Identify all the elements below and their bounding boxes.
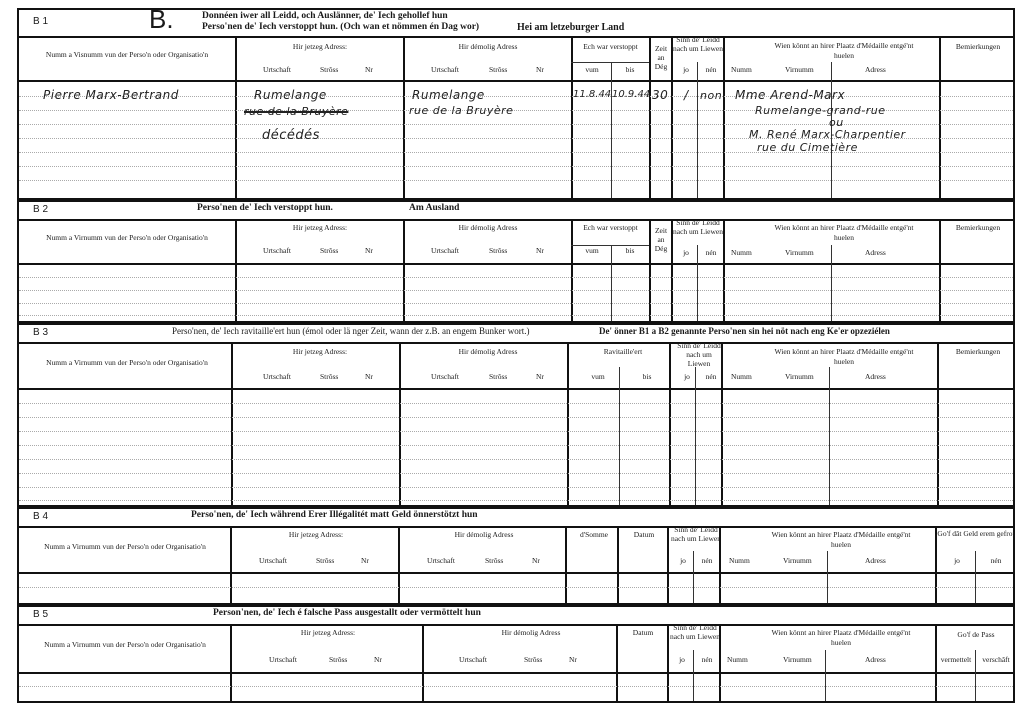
entry-days: 30 <box>652 88 668 102</box>
row-rule <box>19 403 1013 404</box>
col-no: nén <box>699 372 723 381</box>
col-number: Nr <box>569 655 577 664</box>
column-divider <box>230 624 232 701</box>
col-locality: Urtschaft <box>427 556 455 565</box>
col-no: nén <box>977 556 1015 565</box>
column-divider <box>231 342 233 505</box>
column-divider <box>571 219 573 321</box>
entry-current-note: décédés <box>262 128 320 143</box>
col-to: bis <box>623 372 671 381</box>
col-locality: Urtschaft <box>263 65 291 74</box>
col-surname: Numm <box>731 248 752 257</box>
section-id: B 4 <box>33 511 48 522</box>
entry-current-locality: Rumelange <box>254 88 327 102</box>
column-divider <box>235 36 237 198</box>
col-number: Nr <box>532 556 540 565</box>
row-rule <box>19 152 1013 153</box>
col-former-address: Hir démolig Adress <box>425 628 637 637</box>
column-divider <box>611 62 612 198</box>
col-surname: Numm <box>727 655 748 664</box>
col-supplied: Ravitaille'ert <box>573 347 673 356</box>
col-date: Datum <box>620 530 668 539</box>
section-title-extra: De' önner B1 a B2 genannte Perso'nen sin… <box>599 326 890 336</box>
column-divider <box>719 624 721 701</box>
section-b1: B 1 B. Donnéen iwer all Leidd, och Auslä… <box>17 8 1015 200</box>
col-medal: Wien könnt an hirer Plaatz d'Médaille en… <box>764 41 924 61</box>
column-divider <box>719 526 721 603</box>
column-divider <box>403 219 405 321</box>
col-pass-given: Go'f de Pass <box>937 630 1015 639</box>
col-street: Strôss <box>489 372 507 381</box>
column-divider <box>723 36 725 198</box>
column-divider <box>422 624 424 701</box>
column-divider <box>693 650 694 701</box>
col-surname: Numm <box>731 372 752 381</box>
col-address: Adress <box>865 65 886 74</box>
column-divider <box>667 526 669 603</box>
col-locality: Urtschaft <box>259 556 287 565</box>
col-alive: Sinn de' Leidd nach um Liewen <box>671 525 721 543</box>
col-to: bis <box>611 65 649 74</box>
column-divider <box>935 624 937 701</box>
row-rule <box>19 445 1013 446</box>
column-divider <box>825 650 826 701</box>
col-former-address: Hir démolig Adress <box>405 223 571 232</box>
section-title: Perso'nen, de' Iech während Erer Illégal… <box>191 510 478 520</box>
col-address: Adress <box>865 556 886 565</box>
row-rule <box>19 290 1013 291</box>
section-title: Perso'nen de' Iech verstoppt hun. <box>197 203 333 213</box>
col-locality: Urtschaft <box>431 65 459 74</box>
col-medal: Wien könnt an hirer Plaatz d'Médaille en… <box>761 628 921 648</box>
col-street: Strôss <box>485 556 503 565</box>
column-divider <box>571 245 649 246</box>
col-medal: Wien könnt an hirer Plaatz d'Médaille en… <box>764 223 924 243</box>
column-divider <box>571 36 573 198</box>
col-number: Nr <box>361 556 369 565</box>
section-id: B 5 <box>33 609 48 620</box>
col-firstname: Virnumm <box>785 248 814 257</box>
col-address: Adress <box>865 248 886 257</box>
section-title-line2: Perso'nen de' Iech verstoppt hun. (Och w… <box>202 22 479 32</box>
col-hidden: Ech war verstoppt <box>573 223 648 232</box>
column-divider <box>399 342 401 505</box>
entry-former-street: rue de la Bruyère <box>409 104 513 117</box>
column-divider <box>403 36 405 198</box>
entry-current-street: rue de la Bruyère <box>244 105 348 118</box>
row-rule <box>19 473 1013 474</box>
row-rule <box>19 303 1013 304</box>
col-number: Nr <box>536 372 544 381</box>
col-date: Datum <box>619 628 667 637</box>
col-days: Zeit an Dég <box>652 44 670 71</box>
col-from: vum <box>573 65 611 74</box>
column-divider <box>611 245 612 321</box>
col-yes: jo <box>674 65 698 74</box>
col-days: Zeit an Dég <box>652 226 670 253</box>
column-divider <box>617 526 619 603</box>
col-yes: jo <box>674 248 698 257</box>
entry-hidden-from: 11.8.44 <box>573 89 611 100</box>
col-current-address: Hir jetzeg Adress: <box>237 347 403 356</box>
col-former-address: Hir démolig Adress <box>405 42 571 51</box>
col-no: nén <box>695 655 719 664</box>
section-id: B 2 <box>33 204 48 215</box>
section-b5: B 5 Person'nen, de' Iech é falsche Pass … <box>17 605 1015 703</box>
column-divider <box>697 245 698 321</box>
column-divider <box>649 219 651 321</box>
col-remarks: Bemierkungen <box>940 42 1016 51</box>
section-title: Perso'nen, de' Iech ravitaille'ert hun (… <box>172 326 530 336</box>
col-surname: Numm <box>731 65 752 74</box>
column-divider <box>567 342 569 505</box>
col-locality: Urtschaft <box>263 372 291 381</box>
col-street: Strôss <box>524 655 542 664</box>
section-title-extra: Hei am letzeburger Land <box>517 22 624 33</box>
column-divider <box>975 551 976 603</box>
col-firstname: Virnumm <box>783 556 812 565</box>
row-rule <box>19 431 1013 432</box>
column-divider <box>649 36 651 198</box>
column-divider <box>939 36 941 198</box>
column-divider <box>939 219 941 321</box>
column-divider <box>935 526 937 603</box>
col-former-address: Hir démolig Adress <box>405 347 571 356</box>
col-locality: Urtschaft <box>263 246 291 255</box>
col-alive: Sinn de' Leidd nach um Liewen <box>670 623 720 641</box>
col-name: Numm a Visnumm vun der Perso'n oder Orga… <box>19 50 235 59</box>
column-divider <box>937 342 939 505</box>
section-b2: B 2 Perso'nen de' Iech verstoppt hun. Am… <box>17 200 1015 323</box>
column-divider <box>695 367 696 505</box>
col-street: Strôss <box>320 246 338 255</box>
col-money-given: Go'f dât Geld erem gefrot <box>937 529 1015 539</box>
col-locality: Urtschaft <box>459 655 487 664</box>
col-procured: verschâft <box>977 655 1015 664</box>
section-id: B 3 <box>33 327 48 338</box>
row-rule <box>19 124 1013 125</box>
column-divider <box>398 526 400 603</box>
col-remarks: Bemierkungen <box>940 347 1016 356</box>
entry-alive-yes: / <box>684 88 689 102</box>
col-yes: jo <box>670 655 694 664</box>
col-address: Adress <box>865 655 886 664</box>
col-firstname: Virnumm <box>785 65 814 74</box>
entry-medal-line1: Mme Arend-Marx <box>735 88 845 102</box>
section-b3: B 3 Perso'nen, de' Iech ravitaille'ert h… <box>17 323 1015 507</box>
col-from: vum <box>573 372 623 381</box>
row-rule <box>19 166 1013 167</box>
col-no: nén <box>695 556 719 565</box>
col-name: Numm a Virnumm vun der Perso'n oder Orga… <box>19 640 231 649</box>
column-divider <box>723 219 725 321</box>
row-rule <box>19 459 1013 460</box>
section-b4-header: Numm a Virnumm vun der Perso'n oder Orga… <box>19 526 1013 574</box>
row-rule <box>19 417 1013 418</box>
entry-hidden-to: 10.9.44 <box>612 89 650 100</box>
col-street: Strôss <box>320 372 338 381</box>
section-b5-header: Numm a Virnumm vun der Perso'n oder Orga… <box>19 624 1013 674</box>
col-no: nén <box>699 248 723 257</box>
col-number: Nr <box>365 65 373 74</box>
column-divider <box>831 245 832 321</box>
col-firstname: Virnumm <box>785 372 814 381</box>
column-divider <box>671 219 673 321</box>
col-locality: Urtschaft <box>431 372 459 381</box>
col-current-address: Hir jetzeg Adress: <box>237 42 403 51</box>
column-divider <box>827 551 828 603</box>
section-title-extra: Am Ausland <box>409 203 459 213</box>
col-street: Strôss <box>489 65 507 74</box>
col-alive: Sinn de' Leidd nach um Liewen <box>673 35 723 53</box>
col-number: Nr <box>536 65 544 74</box>
col-current-address: Hir jetzeg Adress: <box>233 530 399 539</box>
col-locality: Urtschaft <box>269 655 297 664</box>
column-divider <box>616 624 618 701</box>
col-alive: Sinn de' Leidd nach um Liewen <box>673 218 723 236</box>
col-locality: Urtschaft <box>431 246 459 255</box>
column-divider <box>697 62 698 198</box>
column-divider <box>721 342 723 505</box>
col-name: Numm a Virnumm vun der Perso'n oder Orga… <box>19 358 235 367</box>
col-mediated: vermettelt <box>935 655 977 664</box>
col-street: Strôss <box>329 655 347 664</box>
row-rule <box>19 180 1013 181</box>
col-yes: jo <box>671 556 695 565</box>
col-street: Strôss <box>489 246 507 255</box>
col-medal: Wien könnt an hirer Plaatz d'Médaille en… <box>764 347 924 367</box>
col-number: Nr <box>374 655 382 664</box>
col-number: Nr <box>365 372 373 381</box>
section-b1-header: Numm a Visnumm vun der Perso'n oder Orga… <box>19 36 1013 82</box>
col-sum: d'Somme <box>569 530 619 539</box>
row-rule <box>19 500 1013 501</box>
column-divider <box>829 367 830 505</box>
row-rule <box>19 315 1013 316</box>
entry-medal-line4: M. René Marx-Charpentier <box>749 128 906 141</box>
col-name: Numm a Virnumm vun der Perso'n oder Orga… <box>19 542 231 551</box>
col-address: Adress <box>865 372 886 381</box>
col-hidden: Ech war verstoppt <box>573 42 648 51</box>
col-to: bis <box>611 246 649 255</box>
row-rule <box>19 277 1013 278</box>
column-divider <box>693 551 694 603</box>
col-street: Strôss <box>316 556 334 565</box>
col-name: Numm a Virnumm vun der Perso'n oder Orga… <box>19 233 235 242</box>
column-divider <box>565 526 567 603</box>
col-remarks: Bemierkungen <box>940 223 1016 232</box>
entry-medal-line2: Rumelange-grand-rue <box>755 104 886 117</box>
row-rule <box>19 686 1013 687</box>
section-b1-title-bar: B 1 B. Donnéen iwer all Leidd, och Auslä… <box>19 10 1013 38</box>
row-rule <box>19 487 1013 488</box>
col-number: Nr <box>536 246 544 255</box>
col-street: Strôss <box>320 65 338 74</box>
col-from: vum <box>573 246 611 255</box>
col-no: nén <box>699 65 723 74</box>
section-id: B 1 <box>33 16 48 27</box>
col-medal: Wien könnt an hirer Plaatz d'Médaille en… <box>761 530 921 550</box>
col-current-address: Hir jetzeg Adress: <box>237 223 403 232</box>
column-divider <box>571 62 649 63</box>
section-b4: B 4 Perso'nen, de' Iech während Erer Ill… <box>17 507 1015 605</box>
col-current-address: Hir jetzeg Adress: <box>233 628 423 637</box>
entry-name: Pierre Marx-Bertrand <box>43 88 179 102</box>
entry-former-locality: Rumelange <box>412 88 485 102</box>
column-divider <box>230 526 232 603</box>
entry-alive-no: non <box>700 89 722 102</box>
col-alive: Sinn de' Leidd nach um Liewen <box>675 341 723 368</box>
form-letter: B. <box>149 4 174 35</box>
col-firstname: Virnumm <box>783 655 812 664</box>
section-b2-header: Numm a Virnumm vun der Perso'n oder Orga… <box>19 219 1013 265</box>
row-rule <box>19 587 1013 588</box>
column-divider <box>235 219 237 321</box>
col-number: Nr <box>365 246 373 255</box>
col-yes: jo <box>937 556 977 565</box>
section-title: Person'nen, de' Iech é falsche Pass ausg… <box>213 608 481 618</box>
column-divider <box>671 36 673 198</box>
column-divider <box>975 650 976 701</box>
section-title-line1: Donnéen iwer all Leidd, och Auslänner, d… <box>202 11 448 21</box>
column-divider <box>667 624 669 701</box>
col-former-address: Hir démolig Adress <box>401 530 567 539</box>
column-divider <box>669 342 671 505</box>
section-b3-header: Numm a Virnumm vun der Perso'n oder Orga… <box>19 342 1013 390</box>
col-surname: Numm <box>729 556 750 565</box>
column-divider <box>619 367 620 505</box>
entry-medal-line5: rue du Cimetière <box>757 141 858 154</box>
